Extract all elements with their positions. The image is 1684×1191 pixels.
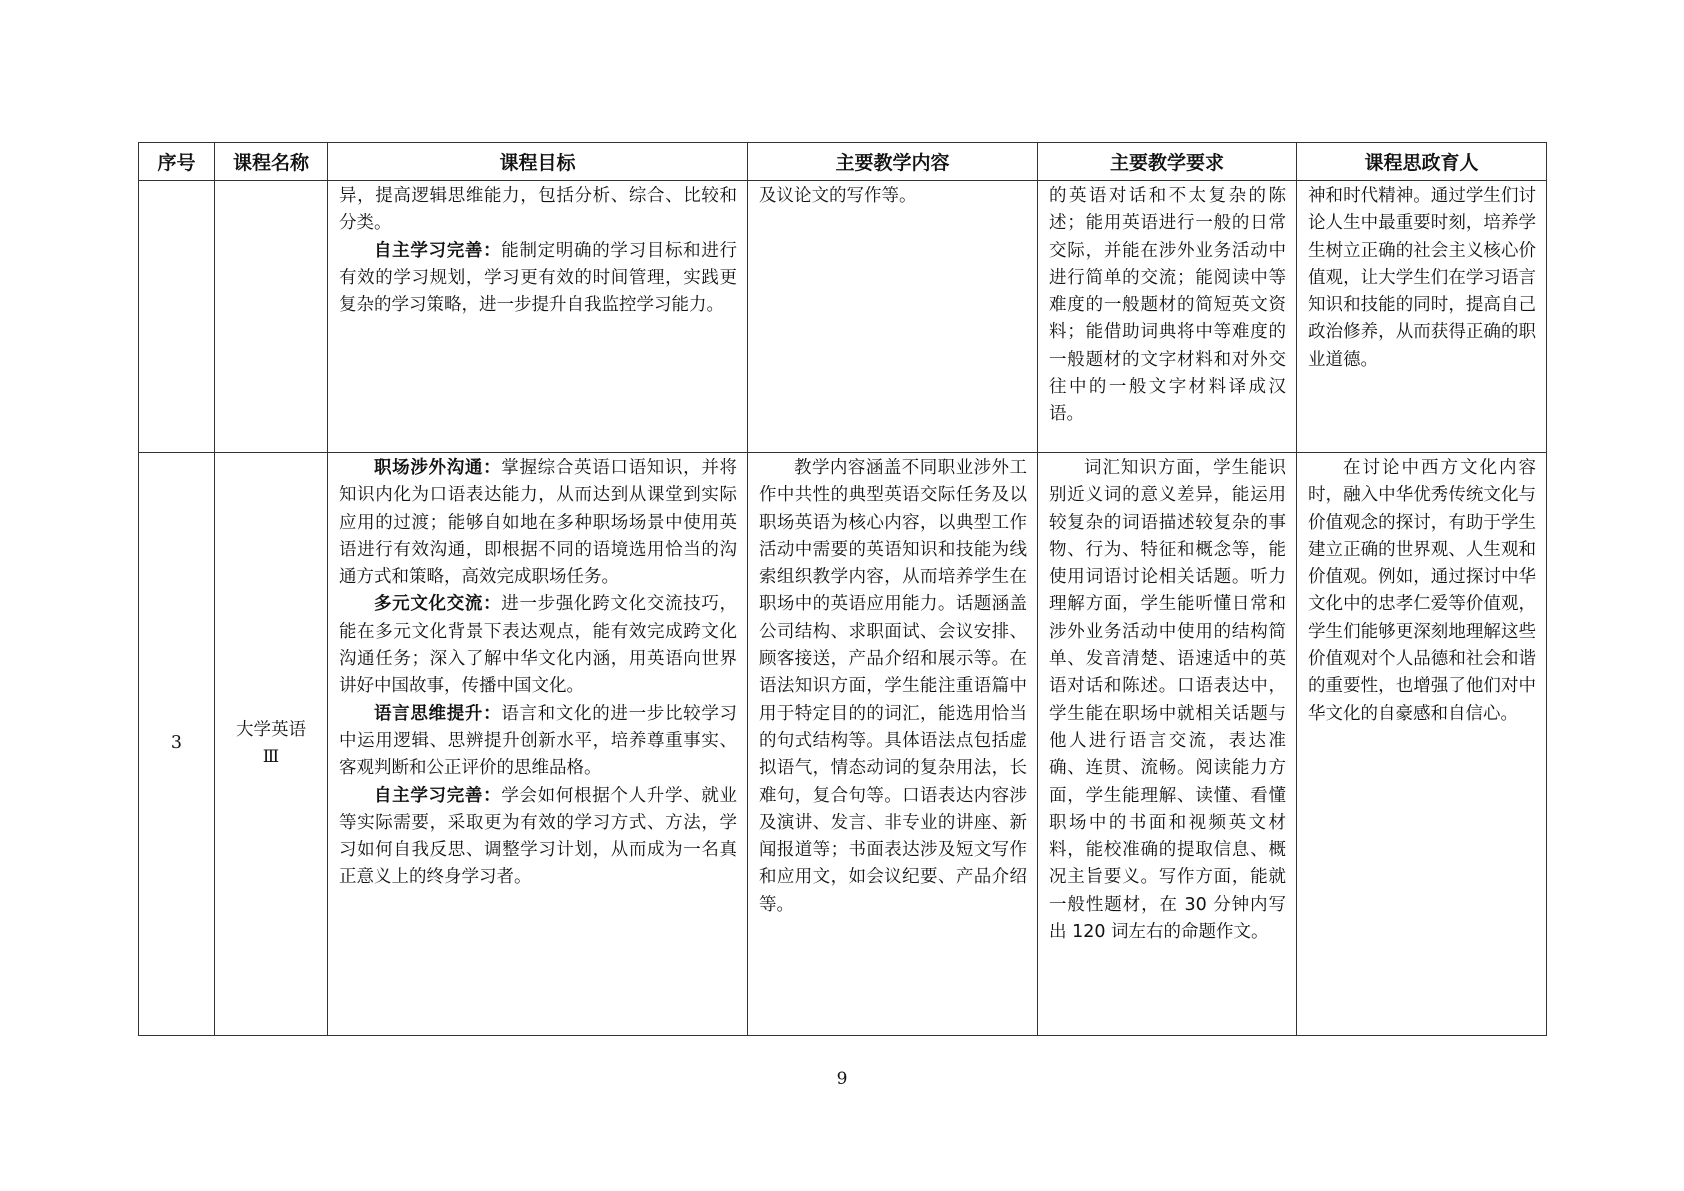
objective-paragraph: 语言思维提升：语言和文化的进一步比较学习中运用逻辑、思辨提升创新水平，培养尊重事… bbox=[339, 701, 737, 783]
header-content: 主要教学内容 bbox=[748, 143, 1038, 181]
objective-label: 自主学习完善： bbox=[374, 241, 501, 261]
table-row: 异，提高逻辑思维能力，包括分析、综合、比较和分类。 自主学习完善：能制定明确的学… bbox=[139, 181, 1547, 453]
objective-label: 自主学习完善： bbox=[374, 786, 501, 806]
cell-objectives: 异，提高逻辑思维能力，包括分析、综合、比较和分类。 自主学习完善：能制定明确的学… bbox=[328, 181, 748, 453]
ideology-text: 在讨论中西方文化内容时，融入中华优秀传统文化与价值观念的探讨，有助于学生建立正确… bbox=[1308, 455, 1536, 728]
table-row: 3 大学英语 Ⅲ 职场涉外沟通：掌握综合英语口语知识，并将知识内化为口语表达能力… bbox=[139, 453, 1547, 1036]
cell-ideology: 在讨论中西方文化内容时，融入中华优秀传统文化与价值观念的探讨，有助于学生建立正确… bbox=[1297, 453, 1547, 1036]
content-text: 及议论文的写作等。 bbox=[759, 183, 1027, 210]
header-course-name: 课程名称 bbox=[215, 143, 328, 181]
cell-content: 教学内容涵盖不同职业涉外工作中共性的典型英语交际任务及以职场英语为核心内容，以典… bbox=[748, 453, 1038, 1036]
objective-paragraph: 多元文化交流：进一步强化跨文化交流技巧，能在多元文化背景下表达观点，能有效完成跨… bbox=[339, 591, 737, 700]
content-text: 教学内容涵盖不同职业涉外工作中共性的典型英语交际任务及以职场英语为核心内容，以典… bbox=[759, 455, 1027, 919]
course-table: 序号 课程名称 课程目标 主要教学内容 主要教学要求 课程思政育人 异，提高逻辑… bbox=[138, 142, 1547, 1036]
objective-label: 多元文化交流： bbox=[374, 594, 501, 614]
cell-index bbox=[139, 181, 215, 453]
cell-requirements: 的英语对话和不太复杂的陈述；能用英语进行一般的日常交际，并能在涉外业务活动中进行… bbox=[1038, 181, 1297, 453]
course-name-text: 大学英语 bbox=[215, 717, 327, 744]
objective-label: 职场涉外沟通： bbox=[374, 458, 501, 478]
course-level-text: Ⅲ bbox=[215, 744, 327, 771]
page-number: 9 bbox=[0, 1069, 1684, 1089]
objective-text: 异，提高逻辑思维能力，包括分析、综合、比较和分类。 bbox=[339, 186, 737, 233]
objective-paragraph: 职场涉外沟通：掌握综合英语口语知识，并将知识内化为口语表达能力，从而达到从课堂到… bbox=[339, 455, 737, 591]
objective-paragraph: 自主学习完善：学会如何根据个人升学、就业等实际需要，采取更为有效的学习方式、方法… bbox=[339, 783, 737, 892]
ideology-text: 神和时代精神。通过学生们讨论人生中最重要时刻，培养学生树立正确的社会主义核心价值… bbox=[1308, 183, 1536, 374]
requirements-text: 词汇知识方面，学生能识别近义词的意义差异，能运用较复杂的词语描述较复杂的事物、行… bbox=[1049, 455, 1286, 946]
objective-label: 语言思维提升： bbox=[374, 704, 501, 724]
requirements-text: 的英语对话和不太复杂的陈述；能用英语进行一般的日常交际，并能在涉外业务活动中进行… bbox=[1049, 183, 1286, 429]
cell-content: 及议论文的写作等。 bbox=[748, 181, 1038, 453]
header-requirements: 主要教学要求 bbox=[1038, 143, 1297, 181]
cell-ideology: 神和时代精神。通过学生们讨论人生中最重要时刻，培养学生树立正确的社会主义核心价值… bbox=[1297, 181, 1547, 453]
table-header-row: 序号 课程名称 课程目标 主要教学内容 主要教学要求 课程思政育人 bbox=[139, 143, 1547, 181]
cell-course-name bbox=[215, 181, 328, 453]
header-ideology: 课程思政育人 bbox=[1297, 143, 1547, 181]
cell-objectives: 职场涉外沟通：掌握综合英语口语知识，并将知识内化为口语表达能力，从而达到从课堂到… bbox=[328, 453, 748, 1036]
cell-course-name: 大学英语 Ⅲ bbox=[215, 453, 328, 1036]
cell-index: 3 bbox=[139, 453, 215, 1036]
cell-requirements: 词汇知识方面，学生能识别近义词的意义差异，能运用较复杂的词语描述较复杂的事物、行… bbox=[1038, 453, 1297, 1036]
objective-paragraph: 自主学习完善：能制定明确的学习目标和进行有效的学习规划，学习更有效的时间管理，实… bbox=[339, 238, 737, 320]
header-index: 序号 bbox=[139, 143, 215, 181]
header-objectives: 课程目标 bbox=[328, 143, 748, 181]
objective-paragraph: 异，提高逻辑思维能力，包括分析、综合、比较和分类。 bbox=[339, 183, 737, 238]
